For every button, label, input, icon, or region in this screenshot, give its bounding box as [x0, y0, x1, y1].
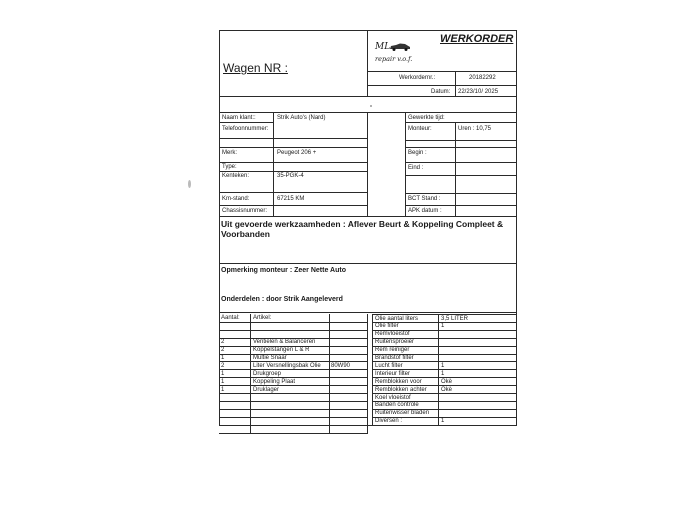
checklist-label: Remblokken achter — [375, 387, 427, 393]
part-aantal: 2 — [221, 339, 224, 345]
table-divider — [250, 314, 251, 433]
table-rule — [219, 385, 368, 386]
werkordernr-label: Werkordernr.: — [399, 75, 435, 81]
table-divider — [367, 314, 368, 433]
uren-value: Uren : 10,75 — [458, 126, 491, 132]
table-rule — [219, 433, 368, 434]
checklist-value: 1 — [441, 323, 444, 329]
checklist-label: Banden controle — [375, 402, 419, 408]
table-rule — [219, 425, 368, 426]
checklist-label: Remvloeistof — [375, 331, 410, 337]
checklist-label: Olie aantal liters — [375, 316, 418, 322]
table-divider — [329, 314, 330, 433]
checklist-label: Koel vloeistof — [375, 395, 411, 401]
checklist-value: Okè — [441, 387, 452, 393]
part-artikel: Koppeling Plaat — [253, 379, 295, 385]
part-artikel: Liter Versnellingsbak Olie — [253, 363, 321, 369]
part-aantal: 1 — [221, 379, 224, 385]
company-logo: ML — [375, 42, 390, 52]
checklist-label: Lucht filter — [375, 363, 403, 369]
document-title: WERKORDER — [440, 33, 513, 45]
apk-datum-label: APK datum : — [408, 208, 442, 214]
part-artikel: Ventielen & Balanceren — [253, 339, 315, 345]
part-aantal: 2 — [221, 347, 224, 353]
checklist-label: Ruitensproeier — [375, 339, 414, 345]
uitgevoerde-werkzaamheden-cont: Voorbanden — [221, 230, 270, 240]
kmstand-label: Km-stand: — [222, 196, 249, 202]
company-name: repair v.o.f. — [375, 55, 412, 63]
table-rule — [219, 409, 368, 410]
part-artikel: Drukgroep — [253, 371, 281, 377]
part-artikel: Multie Snaar — [253, 355, 287, 361]
table-rule — [219, 369, 368, 370]
table-rule — [219, 401, 368, 402]
kmstand-value: 67215 KM — [277, 196, 304, 202]
checklist-label: Remblokken voor — [375, 379, 422, 385]
work-order-document: Wagen NR : WERKORDER ML repair v.o.f. We… — [219, 30, 517, 426]
begin-label: Begin : — [408, 150, 427, 156]
naam-klant-value: Strik Auto's (Nard) — [277, 115, 326, 121]
checklist-value: 1 — [441, 418, 444, 424]
checklist-label: Ruitenwisser bladen — [375, 410, 429, 416]
datum-value: 22/23/10/ 2025 — [458, 89, 498, 95]
table-rule — [372, 425, 517, 426]
chassis-label: Chassisnummer: — [222, 208, 267, 214]
part-aantal: 2 — [221, 363, 224, 369]
kenteken-value: 35-PGK-4 — [277, 173, 304, 179]
checklist-value: 1 — [441, 371, 444, 377]
part-aantal: 1 — [221, 371, 224, 377]
table-rule — [219, 417, 368, 418]
onderdelen: Onderdelen : door Strik Aangeleverd — [221, 296, 343, 303]
table-rule — [219, 330, 368, 331]
checklist-label: Interieur filter — [375, 371, 410, 377]
wagen-nr-label: Wagen NR : — [223, 61, 288, 75]
checklist-label: Rem reiniger — [375, 347, 409, 353]
aantal-header: Aantal: — [221, 315, 240, 321]
part-extra: 80W90 — [331, 363, 350, 369]
car-logo-icon — [389, 43, 411, 51]
table-rule — [219, 354, 368, 355]
part-artikel: Druklager — [253, 387, 279, 393]
checklist-label: Olie filter — [375, 323, 399, 329]
monteur-label: Monteur: — [408, 126, 432, 132]
table-rule — [219, 393, 368, 394]
datum-label: Datum: — [431, 89, 450, 95]
merk-value: Peugeot 206 + — [277, 150, 316, 156]
telefoon-label: Telefoonnummer: — [222, 126, 268, 132]
part-aantal: 1 — [221, 355, 224, 361]
part-artikel: Koppelstangen L & R — [253, 347, 309, 353]
checklist-value: 1 — [441, 363, 444, 369]
checklist-label: Brandstof filter — [375, 355, 414, 361]
kenteken-label: Kenteken: — [222, 173, 249, 179]
type-label: Type: — [222, 164, 237, 170]
table-rule — [219, 322, 368, 323]
checklist-label: Diversen : — [375, 418, 402, 424]
part-aantal: 1 — [221, 387, 224, 393]
werkordernr-value: 20182292 — [469, 75, 496, 81]
eind-label: Eind : — [408, 165, 423, 171]
checklist-value: 3,5 LITER — [441, 316, 468, 322]
merk-label: Merk: — [222, 150, 237, 156]
bct-stand-label: BCT Stand : — [408, 196, 441, 202]
naam-klant-label: Naam klant:: — [222, 115, 256, 121]
artikel-header: Artikel: — [253, 315, 271, 321]
gewerkte-tijd-label: Gewerkte tijd: — [408, 115, 445, 121]
opmerking-monteur: Opmerking monteur : Zeer Nette Auto — [221, 267, 346, 274]
checklist-value: Okè — [441, 379, 452, 385]
